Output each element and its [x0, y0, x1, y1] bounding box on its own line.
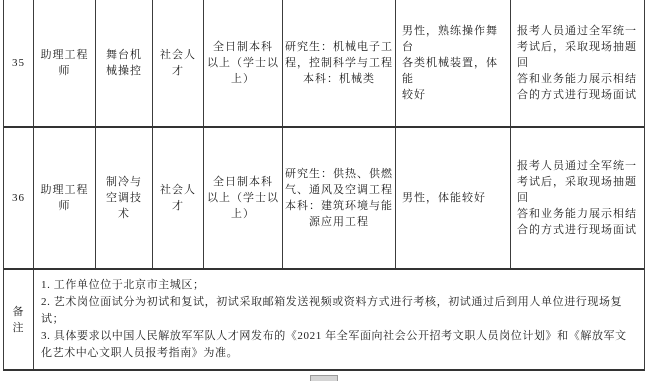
table-row-35: 35 助理工程 师 舞台机 械操控 社会人 才 全日制本科 以上（学士以 上） … [4, 0, 644, 128]
scrollbar-thumb[interactable] [310, 375, 338, 381]
cell-row36-talent-type: 社会人 才 [153, 128, 204, 268]
cell-row36-other-conditions: 男性，体能较好 [396, 128, 511, 268]
cell-row35-job-title: 助理工程 师 [34, 0, 96, 126]
row35-talent-type: 社会人 才 [153, 47, 203, 79]
row35-other-conditions: 男性，熟练操作舞台 各类机械装置，体能 较好 [396, 23, 510, 103]
remarks-text: 1. 工作单位位于北京市主城区； 2. 艺术岗位面试分为初试和复试，初试采取邮箱… [34, 277, 644, 362]
cell-row35-education: 全日制本科 以上（学士以 上） [204, 0, 283, 126]
cell-row36-education: 全日制本科 以上（学士以 上） [204, 128, 283, 268]
row36-interview-method: 报考人员通过全军统一 考试后，采取现场抽题回 答和业务能力展示相结 合的方式进行… [511, 158, 644, 238]
row36-other-conditions: 男性，体能较好 [396, 190, 510, 206]
cell-remarks-content: 1. 工作单位位于北京市主城区； 2. 艺术岗位面试分为初试和复试，初试采取邮箱… [34, 270, 644, 369]
cell-row35-other-conditions: 男性，熟练操作舞台 各类机械装置，体能 较好 [396, 0, 511, 126]
row36-number: 36 [4, 190, 33, 206]
cell-row36-number: 36 [4, 128, 34, 268]
row35-specialty: 舞台机 械操控 [96, 47, 152, 79]
remarks-label: 备 注 [4, 304, 33, 336]
table-row-remarks: 备 注 1. 工作单位位于北京市主城区； 2. 艺术岗位面试分为初试和复试，初试… [4, 270, 644, 369]
cell-row36-specialty: 制冷与 空调技 术 [96, 128, 153, 268]
row35-education: 全日制本科 以上（学士以 上） [204, 39, 282, 87]
cell-row36-major-requirement: 研究生：供热、供燃 气、通风及空调工程 本科：建筑环境与能 源应用工程 [283, 128, 396, 268]
cell-row36-job-title: 助理工程 师 [34, 128, 96, 268]
row35-job-title: 助理工程 师 [34, 47, 95, 79]
document-page: 35 助理工程 师 舞台机 械操控 社会人 才 全日制本科 以上（学士以 上） … [0, 0, 650, 381]
cell-row35-major-requirement: 研究生：机械电子工 程，控制科学与工程 本科：机械类 [283, 0, 396, 126]
recruitment-table: 35 助理工程 师 舞台机 械操控 社会人 才 全日制本科 以上（学士以 上） … [3, 0, 645, 371]
row36-major-requirement: 研究生：供热、供燃 气、通风及空调工程 本科：建筑环境与能 源应用工程 [283, 166, 395, 230]
cell-row35-number: 35 [4, 0, 34, 126]
row36-education: 全日制本科 以上（学士以 上） [204, 174, 282, 222]
row36-talent-type: 社会人 才 [153, 182, 203, 214]
row36-job-title: 助理工程 师 [34, 182, 95, 214]
row36-specialty: 制冷与 空调技 术 [96, 174, 152, 222]
cell-row36-interview-method: 报考人员通过全军统一 考试后，采取现场抽题回 答和业务能力展示相结 合的方式进行… [511, 128, 644, 268]
cell-row35-interview-method: 报考人员通过全军统一 考试后，采取现场抽题回 答和业务能力展示相结 合的方式进行… [511, 0, 644, 126]
table-row-36: 36 助理工程 师 制冷与 空调技 术 社会人 才 全日制本科 以上（学士以 上… [4, 128, 644, 270]
row35-interview-method: 报考人员通过全军统一 考试后，采取现场抽题回 答和业务能力展示相结 合的方式进行… [511, 23, 644, 103]
row35-number: 35 [4, 55, 33, 71]
cell-row35-specialty: 舞台机 械操控 [96, 0, 153, 126]
cell-remarks-label: 备 注 [4, 270, 34, 369]
row35-major-requirement: 研究生：机械电子工 程，控制科学与工程 本科：机械类 [283, 39, 395, 87]
cell-row35-talent-type: 社会人 才 [153, 0, 204, 126]
